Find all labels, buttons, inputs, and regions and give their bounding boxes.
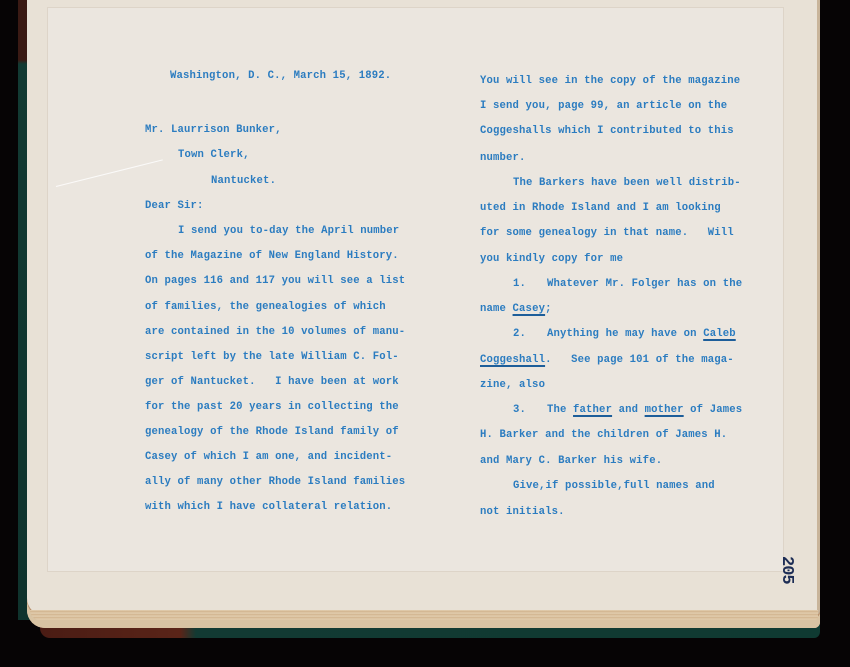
list-item-2-line: Anything he may have on Caleb: [547, 327, 736, 341]
body-line: with which I have collateral relation.: [145, 500, 392, 514]
body-line: of the Magazine of New England History.: [145, 249, 399, 263]
addressee-name: Mr. Laurrison Bunker,: [145, 123, 282, 137]
list-item-2-line: Coggeshall. See page 101 of the maga-: [480, 353, 734, 367]
album-scene: Washington, D. C., March 15, 1892. Mr. L…: [0, 0, 850, 667]
body-line: number.: [480, 151, 526, 165]
album-page-number: 205: [777, 556, 796, 584]
underlined-father: father: [573, 404, 612, 416]
body-line: ally of many other Rhode Island families: [145, 475, 405, 489]
text-fragment: . See page 101 of the maga-: [545, 354, 734, 366]
body-line: ger of Nantucket. I have been at work: [145, 375, 399, 389]
text-fragment: name: [480, 303, 513, 315]
body-line: for the past 20 years in collecting the: [145, 400, 399, 414]
body-line: you kindly copy for me: [480, 252, 623, 266]
list-item-3-line: and Mary C. Barker his wife.: [480, 454, 662, 468]
text-fragment: ;: [545, 303, 552, 315]
body-line: for some genealogy in that name. Will: [480, 226, 734, 240]
list-item-1-line: Whatever Mr. Folger has on the: [547, 277, 742, 291]
body-line: Casey of which I am one, and incident-: [145, 450, 392, 464]
text-fragment: and: [612, 404, 645, 416]
body-line: uted in Rhode Island and I am looking: [480, 201, 721, 215]
text-fragment: Anything he may have on: [547, 328, 703, 340]
body-line: are contained in the 10 volumes of manu-: [145, 325, 405, 339]
list-item-1-line: name Casey;: [480, 302, 552, 316]
underlined-casey: Casey: [513, 303, 546, 315]
body-line: I send you, page 99, an article on the: [480, 99, 727, 113]
addressee-place: Nantucket.: [211, 174, 276, 188]
underlined-mother: mother: [645, 404, 684, 416]
body-line: The Barkers have been well distrib-: [513, 176, 741, 190]
body-line: script left by the late William C. Fol-: [145, 350, 399, 364]
addressee-title: Town Clerk,: [178, 148, 250, 162]
letter-sheet: Washington, D. C., March 15, 1892. Mr. L…: [48, 8, 783, 571]
body-line: Coggeshalls which I contributed to this: [480, 124, 734, 138]
page-stack-edge: [30, 610, 818, 620]
underlined-caleb: Caleb: [703, 328, 736, 340]
letter-right-column: You will see in the copy of the magazine…: [480, 8, 519, 332]
list-item-3-number: 3.: [513, 403, 526, 417]
closing-line: not initials.: [480, 505, 565, 519]
letter-left-column: Washington, D. C., March 15, 1892. Mr. L…: [133, 8, 172, 248]
body-line: genealogy of the Rhode Island family of: [145, 425, 399, 439]
list-item-3-line: H. Barker and the children of James H.: [480, 428, 727, 442]
list-item-2-number: 2.: [513, 327, 526, 341]
body-line: I send you to-day the April number: [178, 224, 399, 238]
list-item-2-line: zine, also: [480, 378, 545, 392]
underlined-coggeshall: Coggeshall: [480, 354, 545, 366]
salutation: Dear Sir:: [145, 199, 204, 213]
closing-line: Give,if possible,full names and: [513, 479, 715, 493]
body-line: of families, the genealogies of which: [145, 300, 386, 314]
dateline: Washington, D. C., March 15, 1892.: [170, 69, 391, 83]
list-item-3-line: The father and mother of James: [547, 403, 742, 417]
list-item-1-number: 1.: [513, 277, 526, 291]
text-fragment: The: [547, 404, 573, 416]
body-line: You will see in the copy of the magazine: [480, 74, 740, 88]
body-line: On pages 116 and 117 you will see a list: [145, 274, 405, 288]
text-fragment: of James: [684, 404, 743, 416]
